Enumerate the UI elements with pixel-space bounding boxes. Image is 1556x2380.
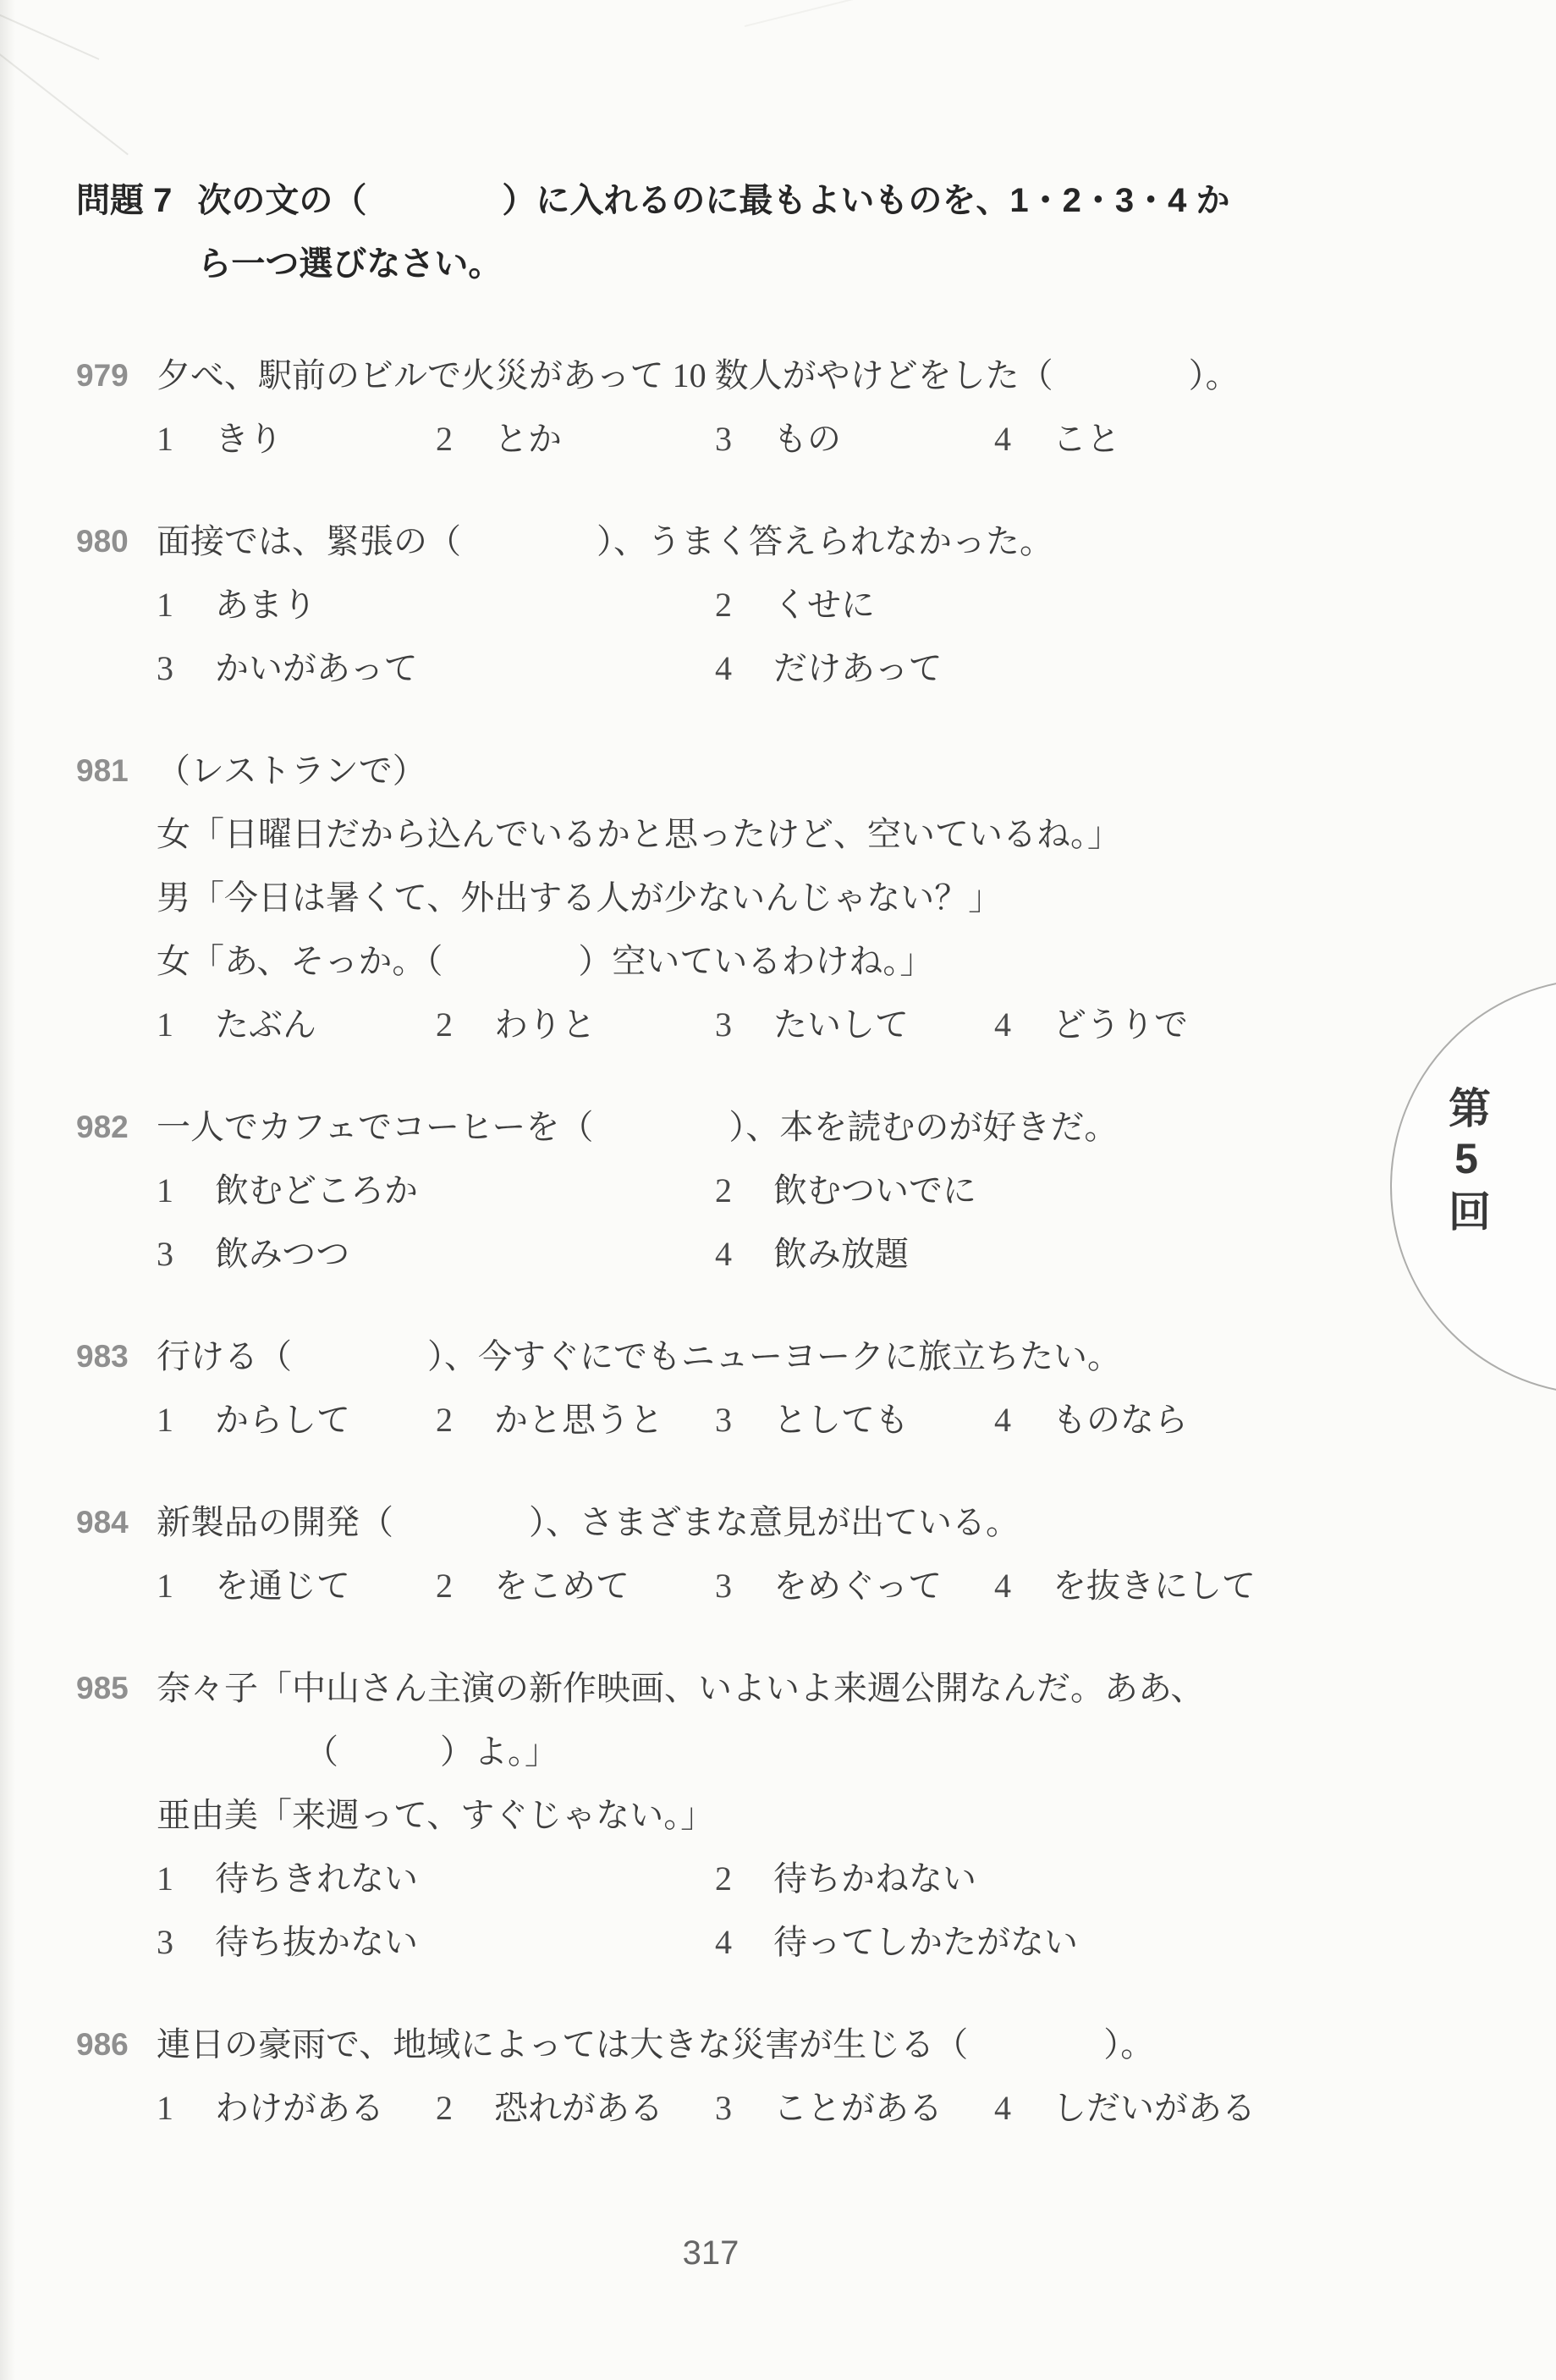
option-text: くせに — [773, 573, 875, 636]
scan-artifact — [0, 34, 129, 155]
option-text: 待ち抜かない — [215, 1910, 418, 1974]
question-line: 奈々子「中山さん主演の新作映画、いよいよ来週公開なんだ。ああ、 — [157, 1656, 1204, 1720]
option: 4どうりで — [994, 993, 1413, 1056]
option-number: 3 — [715, 1388, 735, 1452]
option-text: をめぐって — [773, 1554, 942, 1617]
question-line: 夕べ、駅前のビルで火災があって 10 数人がやけどをした（ ）。 — [157, 344, 1240, 407]
option-text: たぶん — [215, 993, 316, 1056]
option-text: 恐れがある — [494, 2076, 663, 2140]
problem-label: 問題 7 — [76, 169, 172, 296]
instruction-line: 次の文の（ ）に入れるのに最もよいものを、1・2・3・4 か — [197, 169, 1229, 233]
question-text: 一人でカフェでコーヒーを（ ）、本を読むのが好きだ。 — [157, 1095, 1118, 1159]
question-line: 新製品の開発（ ）、さまざまな意見が出ている。 — [157, 1490, 1020, 1554]
options-row: 1わけがある 2恐れがある 3ことがある 4しだいがある — [157, 2076, 1413, 2140]
option: 1たぶん — [157, 993, 436, 1056]
option-number: 4 — [715, 1910, 735, 1974]
option: 3としても — [715, 1388, 994, 1452]
question-text: 面接では、緊張の（ ）、うまく答えられなかった。 — [157, 510, 1053, 573]
options-row: 1からして 2かと思うと 3としても 4ものなら — [157, 1388, 1413, 1452]
option-number: 2 — [436, 993, 456, 1056]
option-text: を抜きにして — [1053, 1554, 1256, 1617]
option-text: わけがある — [215, 2076, 384, 2140]
question-981: 981 （レストランで） 女「日曜日だから込んでいるかと思ったけど、空いているね… — [76, 739, 1413, 1056]
option: 4を抜きにして — [994, 1554, 1413, 1617]
question-number: 985 — [76, 1656, 157, 1847]
options-row: 1きり 2とか 3もの 4こと — [157, 407, 1413, 471]
question-text: 連日の豪雨で、地域によっては大きな災害が生じる（ ）。 — [157, 2013, 1154, 2076]
question-text: 新製品の開発（ ）、さまざまな意見が出ている。 — [157, 1490, 1020, 1554]
options-row: 1を通じて 2をこめて 3をめぐって 4を抜きにして — [157, 1554, 1413, 1617]
option-text: 飲むどころか — [215, 1159, 418, 1222]
option-number: 3 — [157, 1910, 177, 1974]
scan-artifact — [745, 0, 959, 27]
question-line: 女「日曜日だから込んでいるかと思ったけど、空いているね。」 — [157, 802, 1121, 866]
option-text: だけあって — [773, 636, 943, 700]
option-number: 1 — [157, 1554, 177, 1617]
option-number: 2 — [436, 2076, 456, 2140]
option: 1きり — [157, 407, 436, 471]
question-line: 一人でカフェでコーヒーを（ ）、本を読むのが好きだ。 — [157, 1095, 1118, 1159]
option: 3ことがある — [715, 2076, 994, 2140]
option: 2くせに — [715, 573, 1413, 636]
option-text: 飲みつつ — [215, 1222, 349, 1286]
question-text: 行ける（ ）、今すぐにでもニューヨークに旅立ちたい。 — [157, 1325, 1121, 1388]
option: 2飲むついでに — [715, 1159, 1413, 1222]
page-number: 317 — [643, 2234, 778, 2273]
option: 2わりと — [436, 993, 715, 1056]
page-content: 問題 7 次の文の（ ）に入れるのに最もよいものを、1・2・3・4 か ら一つ選… — [76, 169, 1413, 2179]
options-grid: 1飲むどころか 2飲むついでに 3飲みつつ 4飲み放題 — [157, 1159, 1413, 1286]
question-line: 男「今日は暑くて、外出する人が少ないんじゃない？」 — [157, 866, 1121, 929]
problem-header: 問題 7 次の文の（ ）に入れるのに最もよいものを、1・2・3・4 か ら一つ選… — [76, 169, 1413, 296]
question-number: 984 — [76, 1490, 157, 1554]
option: 1を通じて — [157, 1554, 436, 1617]
option-text: 待ってしかたがない — [773, 1910, 1078, 1974]
option: 3待ち抜かない — [157, 1910, 715, 1974]
option-number: 3 — [715, 1554, 735, 1617]
option-number: 2 — [436, 1388, 456, 1452]
question-982: 982 一人でカフェでコーヒーを（ ）、本を読むのが好きだ。 1飲むどころか 2… — [76, 1095, 1413, 1286]
option: 1待ちきれない — [157, 1847, 715, 1910]
question-number: 982 — [76, 1095, 157, 1159]
question-line: 面接では、緊張の（ ）、うまく答えられなかった。 — [157, 510, 1053, 573]
round-tab-label: 第5回 — [1436, 1086, 1497, 1238]
question-number: 979 — [76, 344, 157, 407]
question-979: 979 夕べ、駅前のビルで火災があって 10 数人がやけどをした（ ）。 1きり… — [76, 344, 1413, 471]
option-text: あまり — [215, 573, 316, 636]
option: 4ものなら — [994, 1388, 1413, 1452]
option: 4こと — [994, 407, 1413, 471]
option-number: 4 — [715, 1222, 735, 1286]
option-text: かいがあって — [215, 636, 418, 700]
option-text: もの — [773, 407, 841, 471]
question-984: 984 新製品の開発（ ）、さまざまな意見が出ている。 1を通じて 2をこめて … — [76, 1490, 1413, 1617]
option-text: ことがある — [773, 2076, 943, 2140]
option-number: 2 — [436, 1554, 456, 1617]
option: 3かいがあって — [157, 636, 715, 700]
options-row: 1たぶん 2わりと 3たいして 4どうりで — [157, 993, 1413, 1056]
question-text: 奈々子「中山さん主演の新作映画、いよいよ来週公開なんだ。ああ、 （ ）よ。」 亜… — [157, 1656, 1204, 1847]
option: 4飲み放題 — [715, 1222, 1413, 1286]
option: 3もの — [715, 407, 994, 471]
option-number: 4 — [994, 407, 1014, 471]
option-text: としても — [773, 1388, 909, 1452]
option-number: 1 — [157, 1847, 177, 1910]
option-text: をこめて — [494, 1554, 630, 1617]
scan-artifact — [0, 0, 15, 2380]
option-number: 1 — [157, 1159, 177, 1222]
question-number: 980 — [76, 510, 157, 573]
option-number: 4 — [994, 2076, 1014, 2140]
option-text: 待ちきれない — [215, 1847, 418, 1910]
question-text: 夕べ、駅前のビルで火災があって 10 数人がやけどをした（ ）。 — [157, 344, 1240, 407]
instruction-text: 次の文の（ ）に入れるのに最もよいものを、1・2・3・4 か ら一つ選びなさい。 — [197, 169, 1229, 296]
option-text: どうりで — [1053, 993, 1188, 1056]
option-text: たいして — [773, 993, 909, 1056]
question-number: 983 — [76, 1325, 157, 1388]
question-983: 983 行ける（ ）、今すぐにでもニューヨークに旅立ちたい。 1からして 2かと… — [76, 1325, 1413, 1452]
question-985: 985 奈々子「中山さん主演の新作映画、いよいよ来週公開なんだ。ああ、 （ ）よ… — [76, 1656, 1413, 1974]
question-line: 行ける（ ）、今すぐにでもニューヨークに旅立ちたい。 — [157, 1325, 1121, 1388]
option-number: 4 — [994, 1554, 1014, 1617]
option: 3たいして — [715, 993, 994, 1056]
option-text: こと — [1053, 407, 1120, 471]
option-text: からして — [215, 1388, 350, 1452]
option-text: わりと — [494, 993, 596, 1056]
option: 3飲みつつ — [157, 1222, 715, 1286]
option-number: 3 — [157, 1222, 177, 1286]
option-number: 2 — [715, 1159, 735, 1222]
question-line: （ ）よ。」 — [157, 1720, 1204, 1783]
question-number: 981 — [76, 739, 157, 993]
option-number: 1 — [157, 407, 177, 471]
options-grid: 1待ちきれない 2待ちかねない 3待ち抜かない 4待ってしかたがない — [157, 1847, 1413, 1974]
question-line: 亜由美「来週って、すぐじゃない。」 — [157, 1783, 1204, 1847]
option-number: 2 — [436, 407, 456, 471]
option-text: 飲み放題 — [773, 1222, 909, 1286]
option: 2をこめて — [436, 1554, 715, 1617]
option-number: 2 — [715, 1847, 735, 1910]
option: 1からして — [157, 1388, 436, 1452]
question-number: 986 — [76, 2013, 157, 2076]
option: 2恐れがある — [436, 2076, 715, 2140]
option: 2待ちかねない — [715, 1847, 1413, 1910]
option: 1あまり — [157, 573, 715, 636]
question-line: （レストランで） — [157, 739, 1121, 802]
option-number: 4 — [994, 993, 1014, 1056]
question-980: 980 面接では、緊張の（ ）、うまく答えられなかった。 1あまり 2くせに 3… — [76, 510, 1413, 700]
option: 4待ってしかたがない — [715, 1910, 1413, 1974]
option-text: きり — [215, 407, 283, 471]
scanned-test-page: 第5回 問題 7 次の文の（ ）に入れるのに最もよいものを、1・2・3・4 か … — [0, 0, 1556, 2380]
question-line: 女「あ、そっか。（ ）空いているわけね。」 — [157, 929, 1121, 993]
option-number: 1 — [157, 2076, 177, 2140]
question-986: 986 連日の豪雨で、地域によっては大きな災害が生じる（ ）。 1わけがある 2… — [76, 2013, 1413, 2140]
option-text: ものなら — [1053, 1388, 1188, 1452]
option: 2かと思うと — [436, 1388, 715, 1452]
option-number: 1 — [157, 993, 177, 1056]
option-text: 待ちかねない — [773, 1847, 976, 1910]
option-number: 3 — [715, 2076, 735, 2140]
option-text: とか — [494, 407, 562, 471]
option: 1飲むどころか — [157, 1159, 715, 1222]
instruction-line: ら一つ選びなさい。 — [197, 233, 1229, 296]
option: 3をめぐって — [715, 1554, 994, 1617]
option-text: 飲むついでに — [773, 1159, 976, 1222]
option-number: 3 — [715, 407, 735, 471]
option: 4だけあって — [715, 636, 1413, 700]
option-number: 3 — [715, 993, 735, 1056]
options-grid: 1あまり 2くせに 3かいがあって 4だけあって — [157, 573, 1413, 700]
question-text: （レストランで） 女「日曜日だから込んでいるかと思ったけど、空いているね。」 男… — [157, 739, 1121, 993]
option-text: かと思うと — [494, 1388, 663, 1452]
option: 1わけがある — [157, 2076, 436, 2140]
option-number: 1 — [157, 1388, 177, 1452]
option-text: を通じて — [215, 1554, 350, 1617]
option-number: 4 — [715, 636, 735, 700]
option-text: しだいがある — [1053, 2076, 1256, 2140]
option: 4しだいがある — [994, 2076, 1413, 2140]
option: 2とか — [436, 407, 715, 471]
option-number: 2 — [715, 573, 735, 636]
question-line: 連日の豪雨で、地域によっては大きな災害が生じる（ ）。 — [157, 2013, 1154, 2076]
option-number: 3 — [157, 636, 177, 700]
option-number: 4 — [994, 1388, 1014, 1452]
option-number: 1 — [157, 573, 177, 636]
